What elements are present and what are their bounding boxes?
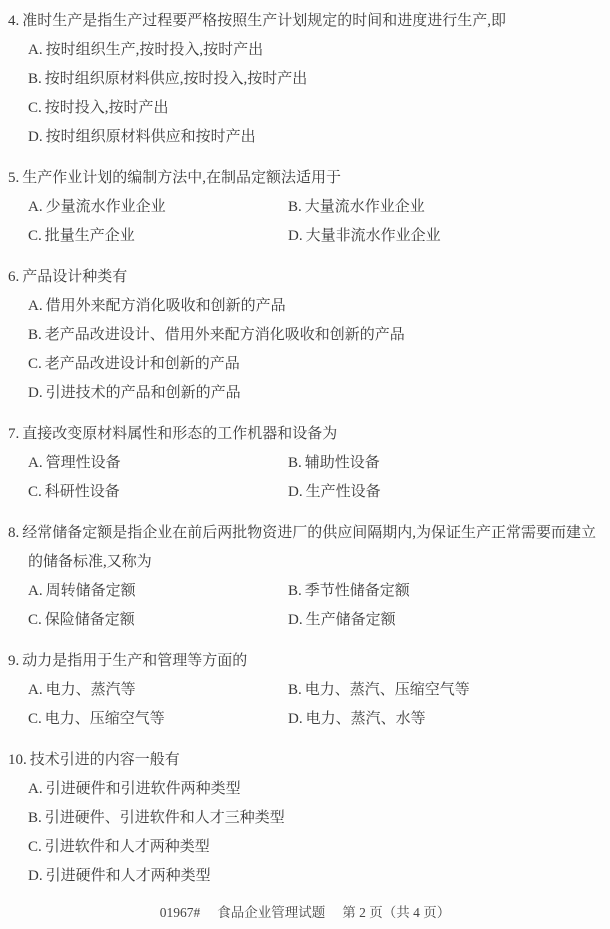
option-item: C.老产品改进设计和创新的产品 <box>28 350 602 379</box>
option-item: A.按时组织生产,按时投入,按时产出 <box>28 36 602 65</box>
option-item: C.科研性设备 <box>28 478 288 507</box>
option-item: B.引进硬件、引进软件和人才三种类型 <box>28 804 602 833</box>
question-stem: 5.生产作业计划的编制方法中,在制品定额法适用于 <box>8 164 602 193</box>
option-label: D. <box>28 385 43 401</box>
option-label: B. <box>288 583 302 599</box>
option-text: 借用外来配方消化吸收和创新的产品 <box>46 298 286 314</box>
option-label: D. <box>28 868 43 884</box>
option-item: D.引进硬件和人才两种类型 <box>28 862 602 891</box>
option-item: B.老产品改进设计、借用外来配方消化吸收和创新的产品 <box>28 321 602 350</box>
option-item: A.管理性设备 <box>28 449 288 478</box>
option-label: B. <box>28 810 42 826</box>
question-stem-text: 技术引进的内容一般有 <box>30 752 180 768</box>
option-label: B. <box>288 199 302 215</box>
option-item: B.大量流水作业企业 <box>288 193 602 222</box>
option-label: D. <box>288 711 303 727</box>
option-label: C. <box>28 356 42 372</box>
option-label: C. <box>28 839 42 855</box>
options-list: A.引进硬件和引进软件两种类型 B.引进硬件、引进软件和人才三种类型 C.引进软… <box>8 775 602 891</box>
options-list: A.借用外来配方消化吸收和创新的产品 B.老产品改进设计、借用外来配方消化吸收和… <box>8 292 602 408</box>
option-text: 引进硬件和人才两种类型 <box>46 868 211 884</box>
question-number: 8. <box>8 525 19 541</box>
option-item: B.辅助性设备 <box>288 449 602 478</box>
option-text: 辅助性设备 <box>305 455 380 471</box>
question-stem: 10.技术引进的内容一般有 <box>8 746 602 775</box>
option-label: B. <box>28 71 42 87</box>
footer-page-number: 第 2 页（共 4 页） <box>342 899 450 927</box>
question-7: 7.直接改变原材料属性和形态的工作机器和设备为 A.管理性设备 B.辅助性设备 … <box>8 420 602 507</box>
question-10: 10.技术引进的内容一般有 A.引进硬件和引进软件两种类型 B.引进硬件、引进软… <box>8 746 602 891</box>
option-item: A.引进硬件和引进软件两种类型 <box>28 775 602 804</box>
option-item: B.电力、蒸汽、压缩空气等 <box>288 676 602 705</box>
question-stem: 6.产品设计种类有 <box>8 263 602 292</box>
option-item: B.季节性储备定额 <box>288 577 602 606</box>
option-label: A. <box>28 583 43 599</box>
option-item: D.大量非流水作业企业 <box>288 222 602 251</box>
option-item: C.按时投入,按时产出 <box>28 94 602 123</box>
question-stem-text: 生产作业计划的编制方法中,在制品定额法适用于 <box>22 170 341 186</box>
option-text: 电力、蒸汽、压缩空气等 <box>305 682 470 698</box>
question-stem-text: 准时生产是指生产过程要严格按照生产计划规定的时间和进度进行生产,即 <box>22 13 506 29</box>
option-text: 生产储备定额 <box>306 612 396 628</box>
option-text: 引进硬件和引进软件两种类型 <box>46 781 241 797</box>
options-grid: A.管理性设备 B.辅助性设备 C.科研性设备 D.生产性设备 <box>8 449 602 507</box>
options-list: A.按时组织生产,按时投入,按时产出 B.按时组织原材料供应,按时投入,按时产出… <box>8 36 602 152</box>
option-label: A. <box>28 199 43 215</box>
option-item: C.引进软件和人才两种类型 <box>28 833 602 862</box>
question-number: 10. <box>8 752 27 768</box>
option-text: 老产品改进设计和创新的产品 <box>45 356 240 372</box>
option-text: 少量流水作业企业 <box>46 199 166 215</box>
question-stem: 9.动力是指用于生产和管理等方面的 <box>8 647 602 676</box>
question-6: 6.产品设计种类有 A.借用外来配方消化吸收和创新的产品 B.老产品改进设计、借… <box>8 263 602 408</box>
question-number: 5. <box>8 170 19 186</box>
option-item: D.生产性设备 <box>288 478 602 507</box>
option-label: D. <box>28 129 43 145</box>
option-text: 季节性储备定额 <box>305 583 410 599</box>
option-item: A.电力、蒸汽等 <box>28 676 288 705</box>
option-text: 生产性设备 <box>306 484 381 500</box>
option-label: B. <box>288 682 302 698</box>
option-item: C.批量生产企业 <box>28 222 288 251</box>
options-grid: A.周转储备定额 B.季节性储备定额 C.保险储备定额 D.生产储备定额 <box>8 577 602 635</box>
question-stem: 8.经常储备定额是指企业在前后两批物资进厂的供应间隔期内,为保证生产正常需要而建… <box>8 519 602 548</box>
option-label: A. <box>28 455 43 471</box>
option-text: 按时组织原材料供应和按时产出 <box>46 129 256 145</box>
option-item: D.引进技术的产品和创新的产品 <box>28 379 602 408</box>
option-label: B. <box>28 327 42 343</box>
option-label: A. <box>28 298 43 314</box>
question-number: 4. <box>8 13 19 29</box>
question-8: 8.经常储备定额是指企业在前后两批物资进厂的供应间隔期内,为保证生产正常需要而建… <box>8 519 602 635</box>
option-label: D. <box>288 484 303 500</box>
option-label: C. <box>28 228 42 244</box>
question-stem-text: 产品设计种类有 <box>22 269 127 285</box>
option-item: D.电力、蒸汽、水等 <box>288 705 602 734</box>
option-item: A.少量流水作业企业 <box>28 193 288 222</box>
option-text: 电力、蒸汽、水等 <box>306 711 426 727</box>
option-text: 按时组织原材料供应,按时投入,按时产出 <box>45 71 308 87</box>
option-label: C. <box>28 612 42 628</box>
options-grid: A.电力、蒸汽等 B.电力、蒸汽、压缩空气等 C.电力、压缩空气等 D.电力、蒸… <box>8 676 602 734</box>
footer-paper-code: 01967# <box>160 899 201 927</box>
option-label: A. <box>28 42 43 58</box>
option-text: 管理性设备 <box>46 455 121 471</box>
question-number: 9. <box>8 653 19 669</box>
option-text: 大量非流水作业企业 <box>306 228 441 244</box>
option-label: D. <box>288 228 303 244</box>
option-text: 科研性设备 <box>45 484 120 500</box>
option-item: A.周转储备定额 <box>28 577 288 606</box>
question-number: 7. <box>8 426 19 442</box>
option-label: C. <box>28 100 42 116</box>
option-item: C.保险储备定额 <box>28 606 288 635</box>
question-stem: 4.准时生产是指生产过程要严格按照生产计划规定的时间和进度进行生产,即 <box>8 7 602 36</box>
page-footer: 01967# 食品企业管理试题 第 2 页（共 4 页） <box>8 899 602 927</box>
option-item: D.生产储备定额 <box>288 606 602 635</box>
option-text: 引进硬件、引进软件和人才三种类型 <box>45 810 285 826</box>
option-label: B. <box>288 455 302 471</box>
option-text: 周转储备定额 <box>46 583 136 599</box>
question-stem-text: 经常储备定额是指企业在前后两批物资进厂的供应间隔期内,为保证生产正常需要而建立 <box>22 525 596 541</box>
question-5: 5.生产作业计划的编制方法中,在制品定额法适用于 A.少量流水作业企业 B.大量… <box>8 164 602 251</box>
question-4: 4.准时生产是指生产过程要严格按照生产计划规定的时间和进度进行生产,即 A.按时… <box>8 7 602 152</box>
question-stem: 7.直接改变原材料属性和形态的工作机器和设备为 <box>8 420 602 449</box>
question-stem-text: 动力是指用于生产和管理等方面的 <box>22 653 247 669</box>
question-stem-text: 直接改变原材料属性和形态的工作机器和设备为 <box>22 426 337 442</box>
option-label: C. <box>28 711 42 727</box>
option-item: B.按时组织原材料供应,按时投入,按时产出 <box>28 65 602 94</box>
question-number: 6. <box>8 269 19 285</box>
option-text: 电力、蒸汽等 <box>46 682 136 698</box>
option-item: C.电力、压缩空气等 <box>28 705 288 734</box>
option-text: 引进技术的产品和创新的产品 <box>46 385 241 401</box>
option-text: 引进软件和人才两种类型 <box>45 839 210 855</box>
options-grid: A.少量流水作业企业 B.大量流水作业企业 C.批量生产企业 D.大量非流水作业… <box>8 193 602 251</box>
option-text: 保险储备定额 <box>45 612 135 628</box>
option-item: D.按时组织原材料供应和按时产出 <box>28 123 602 152</box>
option-label: D. <box>288 612 303 628</box>
option-text: 按时组织生产,按时投入,按时产出 <box>46 42 264 58</box>
footer-paper-title: 食品企业管理试题 <box>217 899 325 927</box>
option-label: A. <box>28 682 43 698</box>
option-text: 批量生产企业 <box>45 228 135 244</box>
option-text: 老产品改进设计、借用外来配方消化吸收和创新的产品 <box>45 327 405 343</box>
option-text: 电力、压缩空气等 <box>45 711 165 727</box>
option-label: A. <box>28 781 43 797</box>
question-stem-continued: 的储备标准,又称为 <box>8 548 602 577</box>
option-text: 按时投入,按时产出 <box>45 100 169 116</box>
exam-page: 4.准时生产是指生产过程要严格按照生产计划规定的时间和进度进行生产,即 A.按时… <box>0 0 610 927</box>
option-item: A.借用外来配方消化吸收和创新的产品 <box>28 292 602 321</box>
option-label: C. <box>28 484 42 500</box>
question-9: 9.动力是指用于生产和管理等方面的 A.电力、蒸汽等 B.电力、蒸汽、压缩空气等… <box>8 647 602 734</box>
option-text: 大量流水作业企业 <box>305 199 425 215</box>
